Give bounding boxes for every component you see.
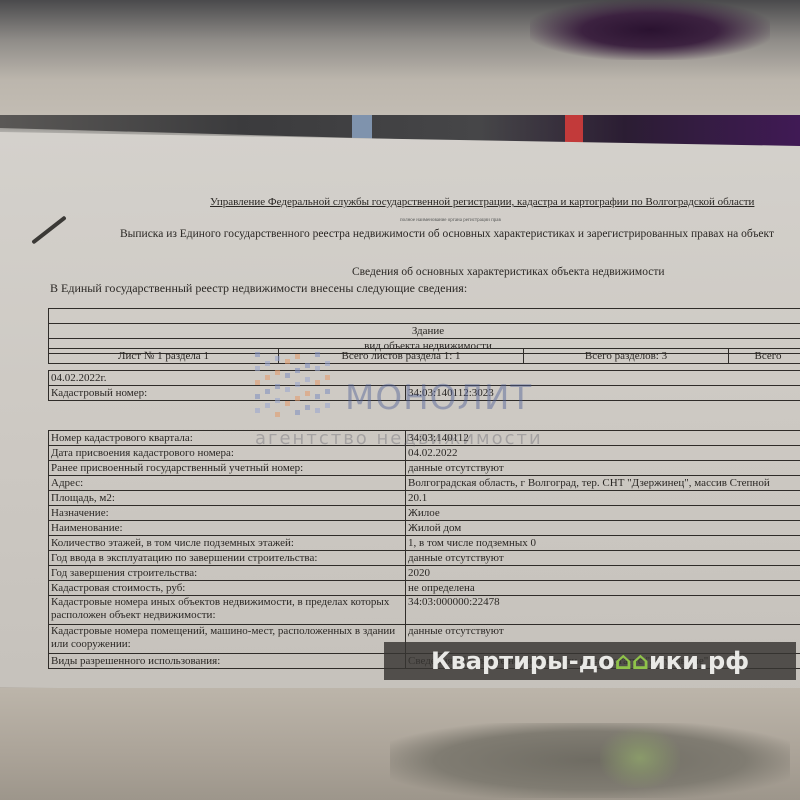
logo-dot [325, 375, 330, 380]
sections-total: Всего разделов: 3 [524, 349, 729, 364]
logo-dot [275, 398, 280, 403]
logo-dot [285, 373, 290, 378]
characteristics-table: Номер кадастрового квартала:34:03:140112… [48, 430, 800, 669]
logo-dot [265, 389, 270, 394]
logo-dot [305, 377, 310, 382]
table-row: Год ввода в эксплуатацию по завершении с… [49, 551, 800, 566]
register-extract: Управление Федеральной службы государств… [0, 0, 800, 800]
agency-name-watermark: МОНОЛИТ [345, 378, 532, 418]
logo-dot [315, 352, 320, 357]
row-value: данные отсутствуют [406, 551, 800, 566]
row-label: Количество этажей, в том числе подземных… [49, 536, 406, 551]
logo-dot [295, 368, 300, 373]
row-label: Кадастровая стоимость, руб: [49, 581, 406, 596]
agency-logo-watermark [255, 352, 340, 422]
row-label: Кадастровые номера помещений, машино-мес… [49, 625, 406, 654]
logo-dot [265, 403, 270, 408]
logo-dot [255, 352, 260, 357]
logo-dot [275, 370, 280, 375]
logo-dot [275, 384, 280, 389]
table-row: Площадь, м2:20.1 [49, 491, 800, 506]
extract-title: Выписка из Единого государственного реес… [120, 228, 774, 240]
logo-dot [285, 387, 290, 392]
site-banner-watermark: Квартиры-до ⌂⌂ ики.рф [384, 642, 796, 680]
logo-dot [265, 361, 270, 366]
logo-dot [255, 408, 260, 413]
logo-dot [295, 354, 300, 359]
banner-prefix: Квартиры-до [431, 647, 615, 675]
logo-dot [315, 394, 320, 399]
row-value: 20.1 [406, 491, 800, 506]
row-value: 34:03:000000:22478 [406, 596, 800, 625]
logo-dot [255, 394, 260, 399]
table-row: Количество этажей, в том числе подземных… [49, 536, 800, 551]
logo-dot [255, 366, 260, 371]
logo-dot [295, 396, 300, 401]
agency-name: Управление Федеральной службы государств… [210, 196, 754, 208]
table-row: Наименование:Жилой дом [49, 521, 800, 536]
two-houses-icon: ⌂⌂ [615, 647, 649, 675]
logo-dot [275, 356, 280, 361]
section-title: Сведения об основных характеристиках объ… [352, 266, 665, 278]
object-type: Здание [49, 324, 800, 339]
logo-dot [305, 363, 310, 368]
row-label: Наименование: [49, 521, 406, 536]
agency-sub-watermark: агентство недвижимости [255, 428, 543, 449]
row-value: Жилой дом [406, 521, 800, 536]
logo-dot [325, 389, 330, 394]
logo-dot [325, 361, 330, 366]
row-label: Виды разрешенного использования: [49, 654, 406, 669]
logo-dot [255, 380, 260, 385]
logo-dot [285, 359, 290, 364]
logo-dot [295, 410, 300, 415]
logo-dot [315, 366, 320, 371]
row-value: не определена [406, 581, 800, 596]
logo-dot [325, 403, 330, 408]
logo-dot [265, 375, 270, 380]
logo-dot [295, 382, 300, 387]
blank-cell [49, 309, 800, 324]
row-value: 1, в том числе подземных 0 [406, 536, 800, 551]
logo-dot [305, 405, 310, 410]
sheet-info-table: Лист № 1 раздела 1 Всего листов раздела … [48, 348, 800, 364]
row-label: Год завершения строительства: [49, 566, 406, 581]
row-label: Адрес: [49, 476, 406, 491]
table-row: Ранее присвоенный государственный учетны… [49, 461, 800, 476]
row-label: Ранее присвоенный государственный учетны… [49, 461, 406, 476]
logo-dot [275, 412, 280, 417]
row-value: Жилое [406, 506, 800, 521]
table-row: Адрес:Волгоградская область, г Волгоград… [49, 476, 800, 491]
table-row: Кадастровые номера иных объектов недвижи… [49, 596, 800, 625]
row-value: данные отсутствуют [406, 461, 800, 476]
intro-text: В Единый государственный реестр недвижим… [50, 281, 467, 296]
banner-suffix: ики.рф [649, 647, 749, 675]
logo-dot [315, 380, 320, 385]
row-value: Волгоградская область, г Волгоград, тер.… [406, 476, 800, 491]
table-row: Назначение:Жилое [49, 506, 800, 521]
agency-caption: полное наименование органа регистрации п… [400, 218, 501, 223]
more-total: Всего [729, 349, 800, 364]
logo-dot [305, 391, 310, 396]
logo-dot [285, 401, 290, 406]
row-label: Назначение: [49, 506, 406, 521]
sheet-number: Лист № 1 раздела 1 [49, 349, 279, 364]
logo-dot [315, 408, 320, 413]
row-label: Кадастровые номера иных объектов недвижи… [49, 596, 406, 625]
row-value: 2020 [406, 566, 800, 581]
row-label: Площадь, м2: [49, 491, 406, 506]
row-label: Год ввода в эксплуатацию по завершении с… [49, 551, 406, 566]
table-row: Кадастровая стоимость, руб:не определена [49, 581, 800, 596]
table-row: Год завершения строительства:2020 [49, 566, 800, 581]
